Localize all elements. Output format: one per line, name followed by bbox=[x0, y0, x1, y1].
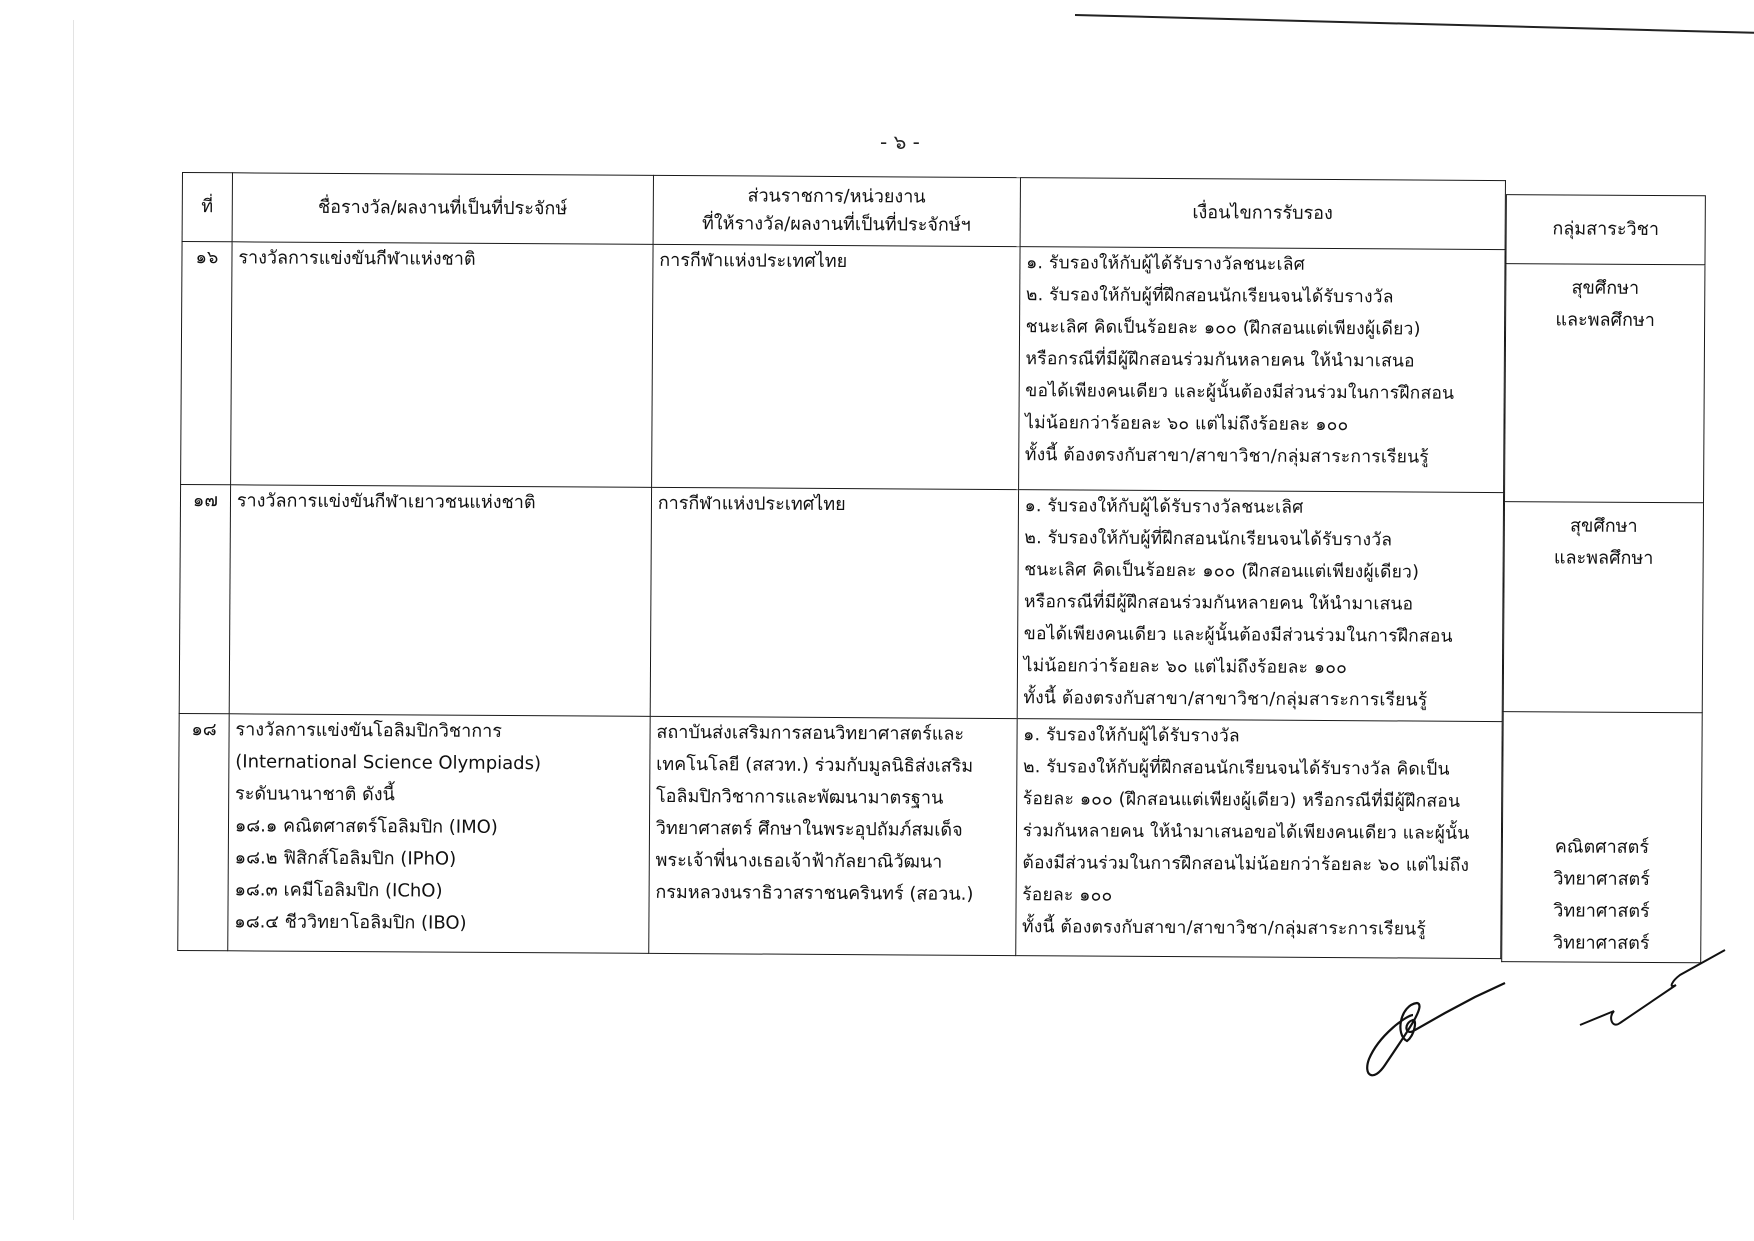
conditions-cell-line: ชนะเลิศ คิดเป็นร้อยละ ๑๐๐ (ฝึกสอนแต่เพีย… bbox=[1026, 311, 1499, 346]
table-header-row: ที่ ชื่อรางวัล/ผลงานที่เป็นที่ประจักษ์ ส… bbox=[182, 173, 1505, 250]
header-subject-group: กลุ่มสาระวิชา bbox=[1505, 194, 1705, 265]
table-row: ๑๖รางวัลการแข่งขันกีฬาแห่งชาติการกีฬาแห่… bbox=[181, 242, 1505, 493]
conditions-cell-line: หรือกรณีที่มีผู้ฝึกสอนร่วมกันหลายคน ให้น… bbox=[1024, 586, 1497, 621]
award-name-cell-line: รางวัลการแข่งขันกีฬาแห่งชาติ bbox=[238, 242, 646, 276]
agency-cell-line: สถาบันส่งเสริมการสอนวิทยาศาสตร์และ bbox=[656, 717, 1010, 751]
subject-group-line: สุขศึกษา bbox=[1506, 272, 1704, 305]
conditions-cell-line: ๒. รับรองให้กับผู้ที่ฝึกสอนนักเรียนจนได้… bbox=[1023, 751, 1496, 786]
conditions-cell-line: ๑. รับรองให้กับผู้ได้รับรางวัล bbox=[1023, 719, 1496, 754]
award-name-cell-line: ๑๘.๔ ชีววิทยาโอลิมปิก (IBO) bbox=[234, 906, 642, 940]
agency-cell-line: เทคโนโลยี (สสวท.) ร่วมกับมูลนิธิส่งเสริม bbox=[656, 749, 1010, 783]
agency-cell-line: โอลิมปิกวิชาการและพัฒนามาตรฐาน bbox=[656, 781, 1010, 815]
conditions-cell-line: ร้อยละ ๑๐๐ (ฝึกสอนแต่เพียงผู้เดียว) หรือ… bbox=[1023, 783, 1496, 818]
conditions-cell-line: ไม่น้อยกว่าร้อยละ ๖๐ แต่ไม่ถึงร้อยละ ๑๐๐ bbox=[1025, 407, 1498, 442]
signature-1-icon bbox=[1355, 975, 1535, 1085]
row-number: ๑๘ bbox=[178, 713, 229, 950]
award-name-cell: รางวัลการแข่งขันกีฬาแห่งชาติ bbox=[230, 242, 652, 488]
table-row: ๑๘รางวัลการแข่งขันโอลิมปิกวิชาการ(Intern… bbox=[178, 713, 1502, 958]
agency-cell-line: การกีฬาแห่งประเทศไทย bbox=[658, 488, 1012, 522]
award-name-cell-line: (International Science Olympiads) bbox=[235, 746, 643, 780]
conditions-cell-line: ทั้งนี้ ต้องตรงกับสาขา/สาขาวิชา/กลุ่มสาร… bbox=[1022, 911, 1495, 946]
header-agency-line1: ส่วนราชการ/หน่วยงาน bbox=[660, 182, 1014, 212]
subject-group-line: และพลศึกษา bbox=[1506, 304, 1704, 337]
agency-cell-line: การกีฬาแห่งประเทศไทย bbox=[659, 245, 1013, 279]
conditions-cell-line: ขอได้เพียงคนเดียว และผู้นั้นต้องมีส่วนร่… bbox=[1024, 618, 1497, 653]
award-name-cell-line: ๑๘.๓ เคมีโอลิมปิก (IChO) bbox=[234, 874, 642, 908]
row-number: ๑๖ bbox=[181, 242, 232, 485]
header-conditions: เงื่อนไขการรับรอง bbox=[1020, 178, 1506, 250]
agency-cell-line: กรมหลวงนราธิวาสราชนครินทร์ (สอวน.) bbox=[655, 877, 1009, 911]
conditions-cell: ๑. รับรองให้กับผู้ได้รับรางวัล๒. รับรองใ… bbox=[1015, 719, 1502, 959]
agency-cell: การกีฬาแห่งประเทศไทย bbox=[651, 244, 1019, 489]
subject-group-cell: คณิตศาสตร์วิทยาศาสตร์วิทยาศาสตร์วิทยาศาส… bbox=[1501, 712, 1703, 963]
header-no: ที่ bbox=[182, 173, 232, 242]
conditions-cell: ๑. รับรองให้กับผู้ได้รับรางวัลชนะเลิศ๒. … bbox=[1018, 247, 1505, 493]
agency-cell-line: พระเจ้าพี่นางเธอเจ้าฟ้ากัลยาณิวัฒนา bbox=[655, 845, 1009, 879]
signature-2-icon bbox=[1560, 945, 1730, 1045]
conditions-cell-line: ๑. รับรองให้กับผู้ได้รับรางวัลชนะเลิศ bbox=[1025, 490, 1498, 525]
award-name-cell-line: ๑๘.๑ คณิตศาสตร์โอลิมปิก (IMO) bbox=[235, 810, 643, 844]
award-name-cell-line: รางวัลการแข่งขันโอลิมปิกวิชาการ bbox=[235, 714, 643, 748]
conditions-cell-line: ไม่น้อยกว่าร้อยละ ๖๐ แต่ไม่ถึงร้อยละ ๑๐๐ bbox=[1024, 650, 1497, 685]
conditions-cell-line: ร้อยละ ๑๐๐ bbox=[1022, 879, 1495, 914]
agency-cell-line: วิทยาศาสตร์ ศึกษาในพระอุปถัมภ์สมเด็จ bbox=[656, 813, 1010, 847]
subject-group-cell: สุขศึกษาและพลศึกษา bbox=[1503, 502, 1704, 713]
header-award-name: ชื่อรางวัล/ผลงานที่เป็นที่ประจักษ์ bbox=[232, 173, 653, 245]
award-table-sheet: ที่ ชื่อรางวัล/ผลงานที่เป็นที่ประจักษ์ ส… bbox=[182, 172, 1706, 181]
conditions-cell-line: ชนะเลิศ คิดเป็นร้อยละ ๑๐๐ (ฝึกสอนแต่เพีย… bbox=[1024, 554, 1497, 589]
award-table: ที่ ชื่อรางวัล/ผลงานที่เป็นที่ประจักษ์ ส… bbox=[177, 172, 1506, 959]
header-agency: ส่วนราชการ/หน่วยงาน ที่ให้รางวัล/ผลงานที… bbox=[653, 175, 1020, 246]
page-number: - ๖ - bbox=[880, 126, 920, 158]
agency-cell: การกีฬาแห่งประเทศไทย bbox=[650, 487, 1018, 718]
row-number: ๑๗ bbox=[179, 484, 230, 713]
subject-group-line: และพลศึกษา bbox=[1505, 542, 1703, 575]
conditions-cell-line: ๑. รับรองให้กับผู้ได้รับรางวัลชนะเลิศ bbox=[1026, 247, 1499, 282]
award-name-cell: รางวัลการแข่งขันโอลิมปิกวิชาการ(Internat… bbox=[228, 714, 650, 954]
scan-margin-line bbox=[73, 20, 74, 1220]
award-name-cell: รางวัลการแข่งขันกีฬาเยาวชนแห่งชาติ bbox=[229, 485, 651, 717]
conditions-cell-line: ๒. รับรองให้กับผู้ที่ฝึกสอนนักเรียนจนได้… bbox=[1026, 279, 1499, 314]
conditions-cell: ๑. รับรองให้กับผู้ได้รับรางวัลชนะเลิศ๒. … bbox=[1017, 490, 1504, 722]
subject-group-line: สุขศึกษา bbox=[1505, 510, 1703, 543]
award-name-cell-line: ๑๘.๒ ฟิสิกส์โอลิมปิก (IPhO) bbox=[235, 842, 643, 876]
subject-group-line: คณิตศาสตร์ bbox=[1503, 831, 1701, 864]
award-name-cell-line: ระดับนานาชาติ ดังนี้ bbox=[235, 778, 643, 812]
award-name-cell-line: รางวัลการแข่งขันกีฬาเยาวชนแห่งชาติ bbox=[237, 485, 645, 519]
header-agency-line2: ที่ให้รางวัล/ผลงานที่เป็นที่ประจักษ์ฯ bbox=[659, 210, 1013, 240]
scan-edge-line bbox=[1075, 14, 1754, 34]
conditions-cell-line: ทั้งนี้ ต้องตรงกับสาขา/สาขาวิชา/กลุ่มสาร… bbox=[1023, 682, 1496, 717]
conditions-cell-line: ต้องมีส่วนร่วมในการฝึกสอนไม่น้อยกว่าร้อย… bbox=[1022, 847, 1495, 882]
subject-group-column: กลุ่มสาระวิชา สุขศึกษาและพลศึกษา สุขศึกษ… bbox=[1501, 194, 1706, 963]
agency-cell: สถาบันส่งเสริมการสอนวิทยาศาสตร์และเทคโนโ… bbox=[649, 716, 1017, 955]
conditions-cell-line: หรือกรณีที่มีผู้ฝึกสอนร่วมกันหลายคน ให้น… bbox=[1025, 343, 1498, 378]
table-row: ๑๗รางวัลการแข่งขันกีฬาเยาวชนแห่งชาติการก… bbox=[179, 484, 1503, 721]
subject-group-cell: สุขศึกษาและพลศึกษา bbox=[1504, 264, 1705, 503]
conditions-cell-line: ร่วมกันหลายคน ให้นำมาเสนอขอได้เพียงคนเดี… bbox=[1023, 815, 1496, 850]
subject-group-line: วิทยาศาสตร์ bbox=[1503, 863, 1701, 896]
conditions-cell-line: ขอได้เพียงคนเดียว และผู้นั้นต้องมีส่วนร่… bbox=[1025, 375, 1498, 410]
subject-group-line: วิทยาศาสตร์ bbox=[1502, 895, 1700, 928]
conditions-cell-line: ๒. รับรองให้กับผู้ที่ฝึกสอนนักเรียนจนได้… bbox=[1024, 522, 1497, 557]
conditions-cell-line: ทั้งนี้ ต้องตรงกับสาขา/สาขาวิชา/กลุ่มสาร… bbox=[1025, 439, 1498, 474]
